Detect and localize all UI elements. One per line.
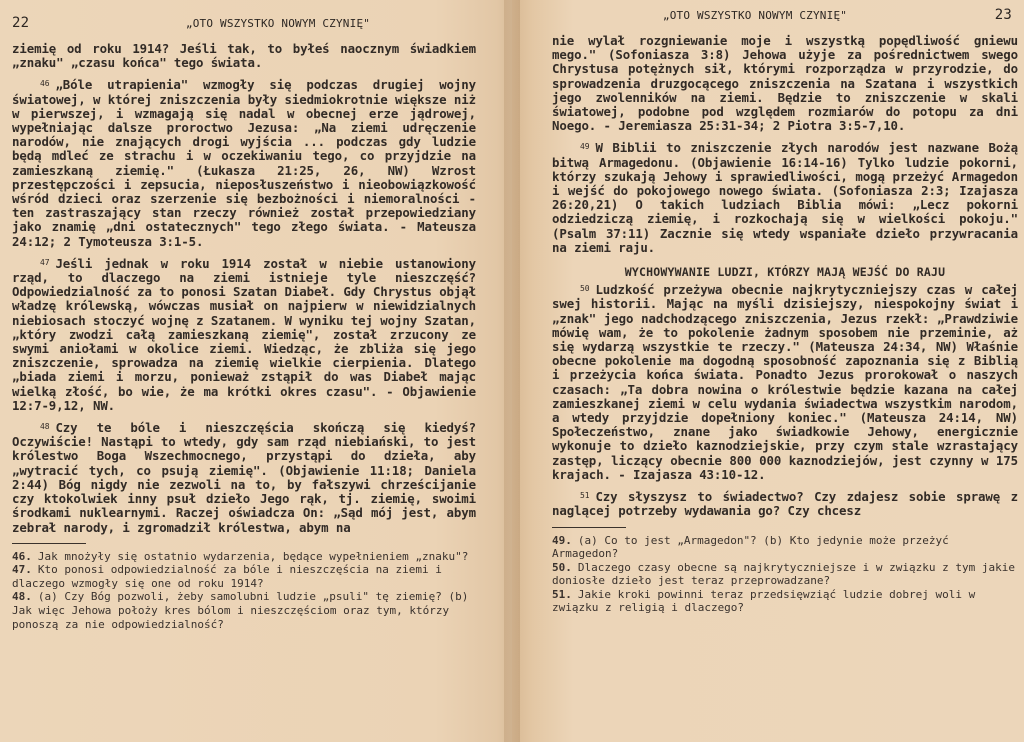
paragraph-51: 51Czy słyszysz to świadectwo? Czy zdajes… xyxy=(552,490,1018,518)
question-number: 47. xyxy=(12,563,32,576)
body-text: nie wylał rozgniewanie moje i wszystką p… xyxy=(552,34,1018,519)
page-number: 22 xyxy=(12,15,29,31)
question-text: Jakie kroki powinni teraz przedsięwziąć … xyxy=(552,588,975,615)
running-head-title: „OTO WSZYSTKO NOWYM CZYNIĘ" xyxy=(80,17,476,30)
paragraph-number: 46 xyxy=(40,79,49,88)
paragraph-50: 50Ludzkość przeżywa obecnie najkrytyczni… xyxy=(552,283,1018,482)
question-51: 51.Jakie kroki powinni teraz przedsięwzi… xyxy=(552,588,1018,615)
study-questions: 46.Jak mnożyły się ostatnio wydarzenia, … xyxy=(12,550,476,632)
question-text: (a) Co to jest „Armagedon"? (b) Kto jedy… xyxy=(552,534,949,561)
right-page: „OTO WSZYSTKO NOWYM CZYNIĘ" 23 nie wylał… xyxy=(512,0,1024,742)
question-number: 51. xyxy=(552,588,572,601)
paragraph-number: 48 xyxy=(40,422,49,431)
question-49: 49.(a) Co to jest „Armagedon"? (b) Kto j… xyxy=(552,534,1018,561)
question-text: Kto ponosi odpowiedzialność za bóle i ni… xyxy=(12,563,442,590)
question-46: 46.Jak mnożyły się ostatnio wydarzenia, … xyxy=(12,550,476,564)
paragraph-number: 47 xyxy=(40,258,49,267)
running-head-title: „OTO WSZYSTKO NOWYM CZYNIĘ" xyxy=(552,9,958,22)
paragraph-number: 51 xyxy=(580,491,589,500)
question-48: 48.(a) Czy Bóg pozwoli, żeby samolubni l… xyxy=(12,590,476,631)
question-number: 49. xyxy=(552,534,572,547)
paragraph-text: Czy te bóle i nieszczęścia skończą się k… xyxy=(12,420,476,534)
paragraph-text: W Biblii to zniszczenie złych narodów je… xyxy=(552,140,1018,254)
page-number: 23 xyxy=(995,7,1012,23)
footnote-divider xyxy=(552,527,626,528)
paragraph-text: nie wylał rozgniewanie moje i wszystką p… xyxy=(552,33,1018,133)
paragraph-text: Ludzkość przeżywa obecnie najkrytyczniej… xyxy=(552,282,1018,482)
question-47: 47.Kto ponosi odpowiedzialność za bóle i… xyxy=(12,563,476,590)
question-number: 48. xyxy=(12,590,32,603)
paragraph-47: 47Jeśli jednak w roku 1914 został w nieb… xyxy=(12,257,476,413)
paragraph-number: 50 xyxy=(580,284,589,293)
running-head: „OTO WSZYSTKO NOWYM CZYNIĘ" 23 xyxy=(552,4,1018,34)
running-head: 22 „OTO WSZYSTKO NOWYM CZYNIĘ" xyxy=(40,12,476,42)
paragraph-48: 48Czy te bóle i nieszczęścia skończą się… xyxy=(12,421,476,535)
question-text: Jak mnożyły się ostatnio wydarzenia, będ… xyxy=(38,550,468,563)
left-page: 22 „OTO WSZYSTKO NOWYM CZYNIĘ" ziemię od… xyxy=(0,0,512,742)
question-text: (a) Czy Bóg pozwoli, żeby samolubni ludz… xyxy=(12,590,468,630)
footnote-divider xyxy=(12,543,86,544)
question-text: Dlaczego czasy obecne są najkrytyczniejs… xyxy=(552,561,1015,588)
paragraph: nie wylał rozgniewanie moje i wszystką p… xyxy=(552,34,1018,133)
paragraph-number: 49 xyxy=(580,142,589,151)
body-text: ziemię od roku 1914? Jeśli tak, to byłeś… xyxy=(12,42,476,535)
question-number: 46. xyxy=(12,550,32,563)
paragraph-46: 46„Bóle utrapienia" wzmogły się podczas … xyxy=(12,78,476,248)
paragraph-text: Czy słyszysz to świadectwo? Czy zdajesz … xyxy=(552,489,1018,518)
section-heading: WYCHOWYWANIE LUDZI, KTÓRZY MAJĄ WEJŚĆ DO… xyxy=(552,265,1018,279)
question-50: 50.Dlaczego czasy obecne są najkrytyczni… xyxy=(552,561,1018,588)
study-questions: 49.(a) Co to jest „Armagedon"? (b) Kto j… xyxy=(552,534,1018,616)
paragraph: ziemię od roku 1914? Jeśli tak, to byłeś… xyxy=(12,42,476,70)
paragraph-text: ziemię od roku 1914? Jeśli tak, to byłeś… xyxy=(12,41,476,70)
book-spread: 22 „OTO WSZYSTKO NOWYM CZYNIĘ" ziemię od… xyxy=(0,0,1024,742)
paragraph-text: „Bóle utrapienia" wzmogły się podczas dr… xyxy=(12,77,476,248)
paragraph-49: 49W Biblii to zniszczenie złych narodów … xyxy=(552,141,1018,255)
question-number: 50. xyxy=(552,561,572,574)
paragraph-text: Jeśli jednak w roku 1914 został w niebie… xyxy=(12,256,476,413)
